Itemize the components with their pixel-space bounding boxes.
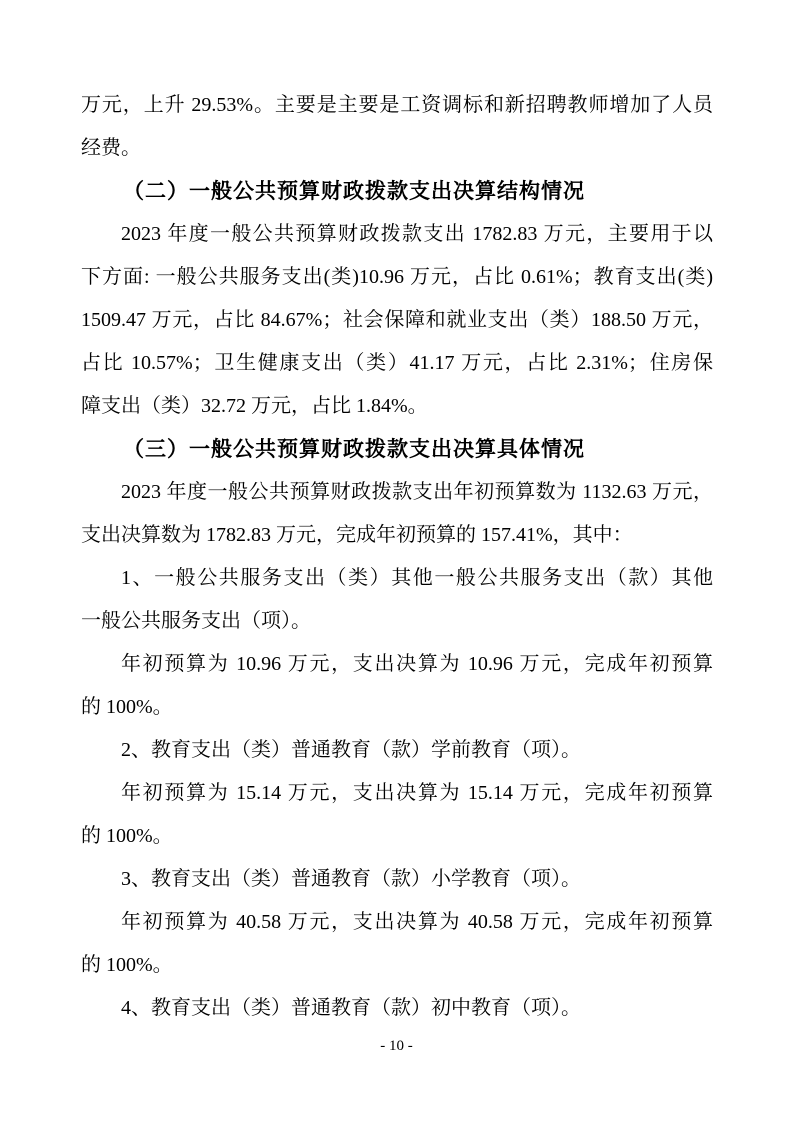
paragraph-line: 的 100%。 — [81, 815, 713, 858]
paragraph-line: 年初预算为 10.96 万元，支出决算为 10.96 万元，完成年初预算 — [81, 643, 713, 686]
list-item-4-line: 4、教育支出（类）普通教育（款）初中教育（项）。 — [81, 987, 713, 1030]
paragraph-line: 下方面: 一般公共服务支出(类)10.96 万元，占比 0.61%；教育支出(类… — [81, 256, 713, 299]
section-heading-details: （三）一般公共预算财政拨款支出决算具体情况 — [81, 428, 713, 471]
document-body: 万元，上升 29.53%。主要是主要是工资调标和新招聘教师增加了人员 经费。 （… — [81, 84, 713, 1030]
document-page: 万元，上升 29.53%。主要是主要是工资调标和新招聘教师增加了人员 经费。 （… — [0, 0, 793, 1122]
page-number: - 10 - — [0, 1036, 793, 1056]
section-heading-structure: （二）一般公共预算财政拨款支出决算结构情况 — [81, 170, 713, 213]
paragraph-line: 经费。 — [81, 127, 713, 170]
paragraph-line: 万元，上升 29.53%。主要是主要是工资调标和新招聘教师增加了人员 — [81, 84, 713, 127]
paragraph-line: 年初预算为 40.58 万元，支出决算为 40.58 万元，完成年初预算 — [81, 901, 713, 944]
list-item-1-line: 一般公共服务支出（项）。 — [81, 600, 713, 643]
paragraph-line: 的 100%。 — [81, 686, 713, 729]
paragraph-line: 年初预算为 15.14 万元，支出决算为 15.14 万元，完成年初预算 — [81, 772, 713, 815]
list-item-1-line: 1、一般公共服务支出（类）其他一般公共服务支出（款）其他 — [81, 557, 713, 600]
paragraph-line: 占比 10.57%；卫生健康支出（类）41.17 万元，占比 2.31%；住房保 — [81, 342, 713, 385]
paragraph-line: 1509.47 万元，占比 84.67%；社会保障和就业支出（类）188.50 … — [81, 299, 713, 342]
paragraph-line: 2023 年度一般公共预算财政拨款支出年初预算数为 1132.63 万元， — [81, 471, 713, 514]
list-item-3-line: 3、教育支出（类）普通教育（款）小学教育（项）。 — [81, 858, 713, 901]
paragraph-line: 障支出（类）32.72 万元，占比 1.84%。 — [81, 385, 713, 428]
paragraph-line: 2023 年度一般公共预算财政拨款支出 1782.83 万元，主要用于以 — [81, 213, 713, 256]
paragraph-line: 支出决算数为 1782.83 万元，完成年初预算的 157.41%，其中： — [81, 514, 713, 557]
paragraph-line: 的 100%。 — [81, 944, 713, 987]
list-item-2-line: 2、教育支出（类）普通教育（款）学前教育（项）。 — [81, 729, 713, 772]
